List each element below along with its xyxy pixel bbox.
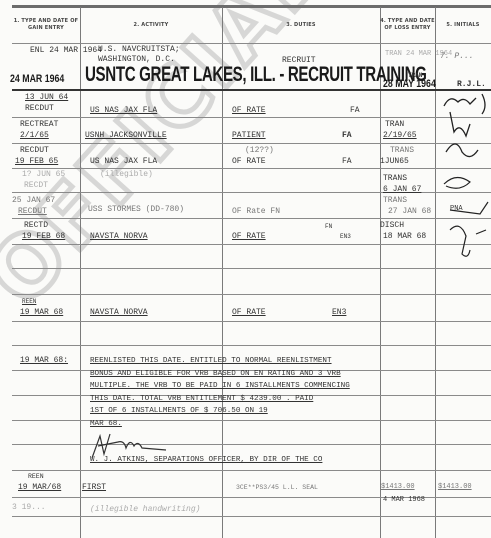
paragraph-line: 1ST OF 6 INSTALLMENTS OF $ 706.50 ON 19	[90, 405, 380, 418]
loss-date: 2/19/65	[383, 131, 417, 140]
initials-row-0: 7. P...	[440, 52, 474, 61]
activity-line-1: U.S. NAVCRUITSTA;	[98, 45, 180, 54]
initials-row-1: R.J.L.	[457, 80, 486, 89]
row-rule	[12, 168, 491, 169]
trailing-gain: 3 19...	[12, 503, 46, 512]
paragraph-line: THIS DATE. TOTAL VRB ENTITLEMENT $ 4239.…	[90, 393, 380, 406]
row-rule	[12, 268, 491, 269]
loss-date: 1JUN65	[380, 157, 409, 166]
rate: EN3	[332, 308, 346, 317]
activity: US NAS JAX FLA	[90, 106, 157, 115]
gain-entry-enl: ENL 24 MAR 1964	[30, 46, 102, 55]
gain-type: REEN	[28, 472, 44, 481]
loss-amount: $1413.00	[381, 483, 415, 492]
row-rule	[12, 444, 491, 445]
loss-type: TRANS	[383, 196, 407, 205]
gain-date: 1? JUN 65	[22, 170, 65, 179]
gain-type: RECDT	[24, 181, 48, 190]
duties: OF RATE	[232, 308, 266, 317]
header-gain-entry: 1. TYPE AND DATE OF GAIN ENTRY	[12, 10, 80, 40]
gain-type: REEN	[22, 297, 36, 306]
duties: OF RATE	[232, 157, 266, 166]
paragraph-line: MULTIPLE. THE VRB TO BE PAID IN 6 INSTAL…	[90, 380, 380, 393]
reenlistment-date: 19 MAR 68:	[20, 356, 68, 365]
column-divider-1	[80, 7, 81, 538]
gain-date: 19 MAR 68	[20, 308, 63, 317]
loss-type: TRAN	[385, 120, 404, 129]
gain-date: 19 FEB 65	[15, 157, 58, 166]
header-duties: 3. DUTIES	[222, 10, 380, 40]
row-rule	[12, 43, 491, 44]
gain-date: 25 JAN 67	[12, 196, 55, 205]
duties-note: (12??)	[245, 146, 274, 155]
duties: OF Rate FN	[232, 207, 280, 216]
loss-type: DISCH	[380, 221, 404, 230]
gain-type: RECDUT	[18, 207, 47, 216]
loss-date: 6 JAN 67	[383, 185, 421, 194]
gain-type: RECDUT	[20, 146, 49, 155]
handwritten-initials-icon	[440, 92, 490, 172]
gain-type: RECTREAT	[20, 120, 58, 129]
gain-date: 13 JUN 64	[25, 93, 68, 102]
row-rule	[12, 244, 491, 245]
initials-amount: $1413.00	[438, 483, 472, 492]
loss-date: 18 MAR 68	[383, 232, 426, 241]
header-loss-entry: 4. TYPE AND DATE OF LOSS ENTRY	[380, 10, 435, 40]
gain-date: 2/1/65	[20, 131, 49, 140]
gain-date: 19 FEB 68	[22, 232, 65, 241]
activity: US NAS JAX FLA	[90, 157, 157, 166]
header-activity: 2. ACTIVITY	[80, 10, 222, 40]
activity: NAVSTA NORVA	[90, 308, 148, 317]
loss-type: TRANS	[390, 146, 414, 155]
duties: PATIENT	[232, 131, 266, 140]
activity: NAVSTA NORVA	[90, 232, 148, 241]
activity: USNH JACKSONVILLE	[85, 131, 167, 140]
handwritten-initials-icon	[440, 170, 490, 270]
loss-date: 27 JAN 68	[388, 207, 431, 216]
row-rule	[12, 117, 491, 118]
activity: FIRST	[82, 483, 106, 492]
row-rule	[12, 143, 491, 144]
rate: FA	[342, 131, 352, 140]
service-record-page: OFFICIAL RECORD 1. TYPE AND DATE OF GAIN…	[0, 0, 491, 538]
top-rule	[12, 5, 491, 8]
gain-date-stamp: 24 MAR 1964	[10, 73, 64, 85]
activity: USS STORMES (DD-780)	[88, 205, 184, 214]
row-rule	[12, 345, 491, 346]
rate: FA	[350, 106, 360, 115]
rate: FN	[325, 222, 332, 231]
trailing-activity: (illegible handwriting)	[90, 505, 200, 514]
paragraph-line: BONUS AND ELIGIBLE FOR VRB BASED ON EN R…	[90, 368, 380, 381]
duties: OF RATE	[232, 106, 266, 115]
loss-date: 4 MAR 1968	[383, 496, 425, 505]
loss-type: TRANS	[383, 174, 407, 183]
row-rule	[12, 294, 491, 295]
gain-date: 19 MAR/68	[18, 483, 61, 492]
paragraph-line: MAR 68.	[90, 418, 380, 431]
activity-stamp: USNTC GREAT LAKES, ILL. - RECRUIT TRAINI…	[85, 64, 427, 86]
signature-block: W. J. ATKINS, SEPARATIONS OFFICER, BY DI…	[90, 456, 322, 465]
row-rule	[12, 470, 491, 471]
column-divider-3	[380, 7, 381, 538]
gain-type: RECDUT	[25, 104, 54, 113]
rate: FA	[342, 157, 352, 166]
reenlistment-paragraph: REENLISTED THIS DATE. ENTITLED TO NORMAL…	[90, 355, 380, 430]
duties: 3CE**PS3/45 L.L. SEAL	[236, 483, 318, 492]
header-initials: 5. INITIALS	[435, 10, 491, 40]
gain-type: RECTD	[24, 221, 48, 230]
row-rule	[12, 218, 491, 219]
activity: (illegible)	[100, 170, 153, 179]
duties: OF RATE	[232, 232, 266, 241]
row-rule	[12, 516, 491, 517]
row-rule	[12, 321, 491, 322]
rate-2: EN3	[340, 232, 351, 241]
paragraph-line: REENLISTED THIS DATE. ENTITLED TO NORMAL…	[90, 355, 380, 368]
loss-date-stamp: 28 MAY 1964	[383, 78, 436, 90]
